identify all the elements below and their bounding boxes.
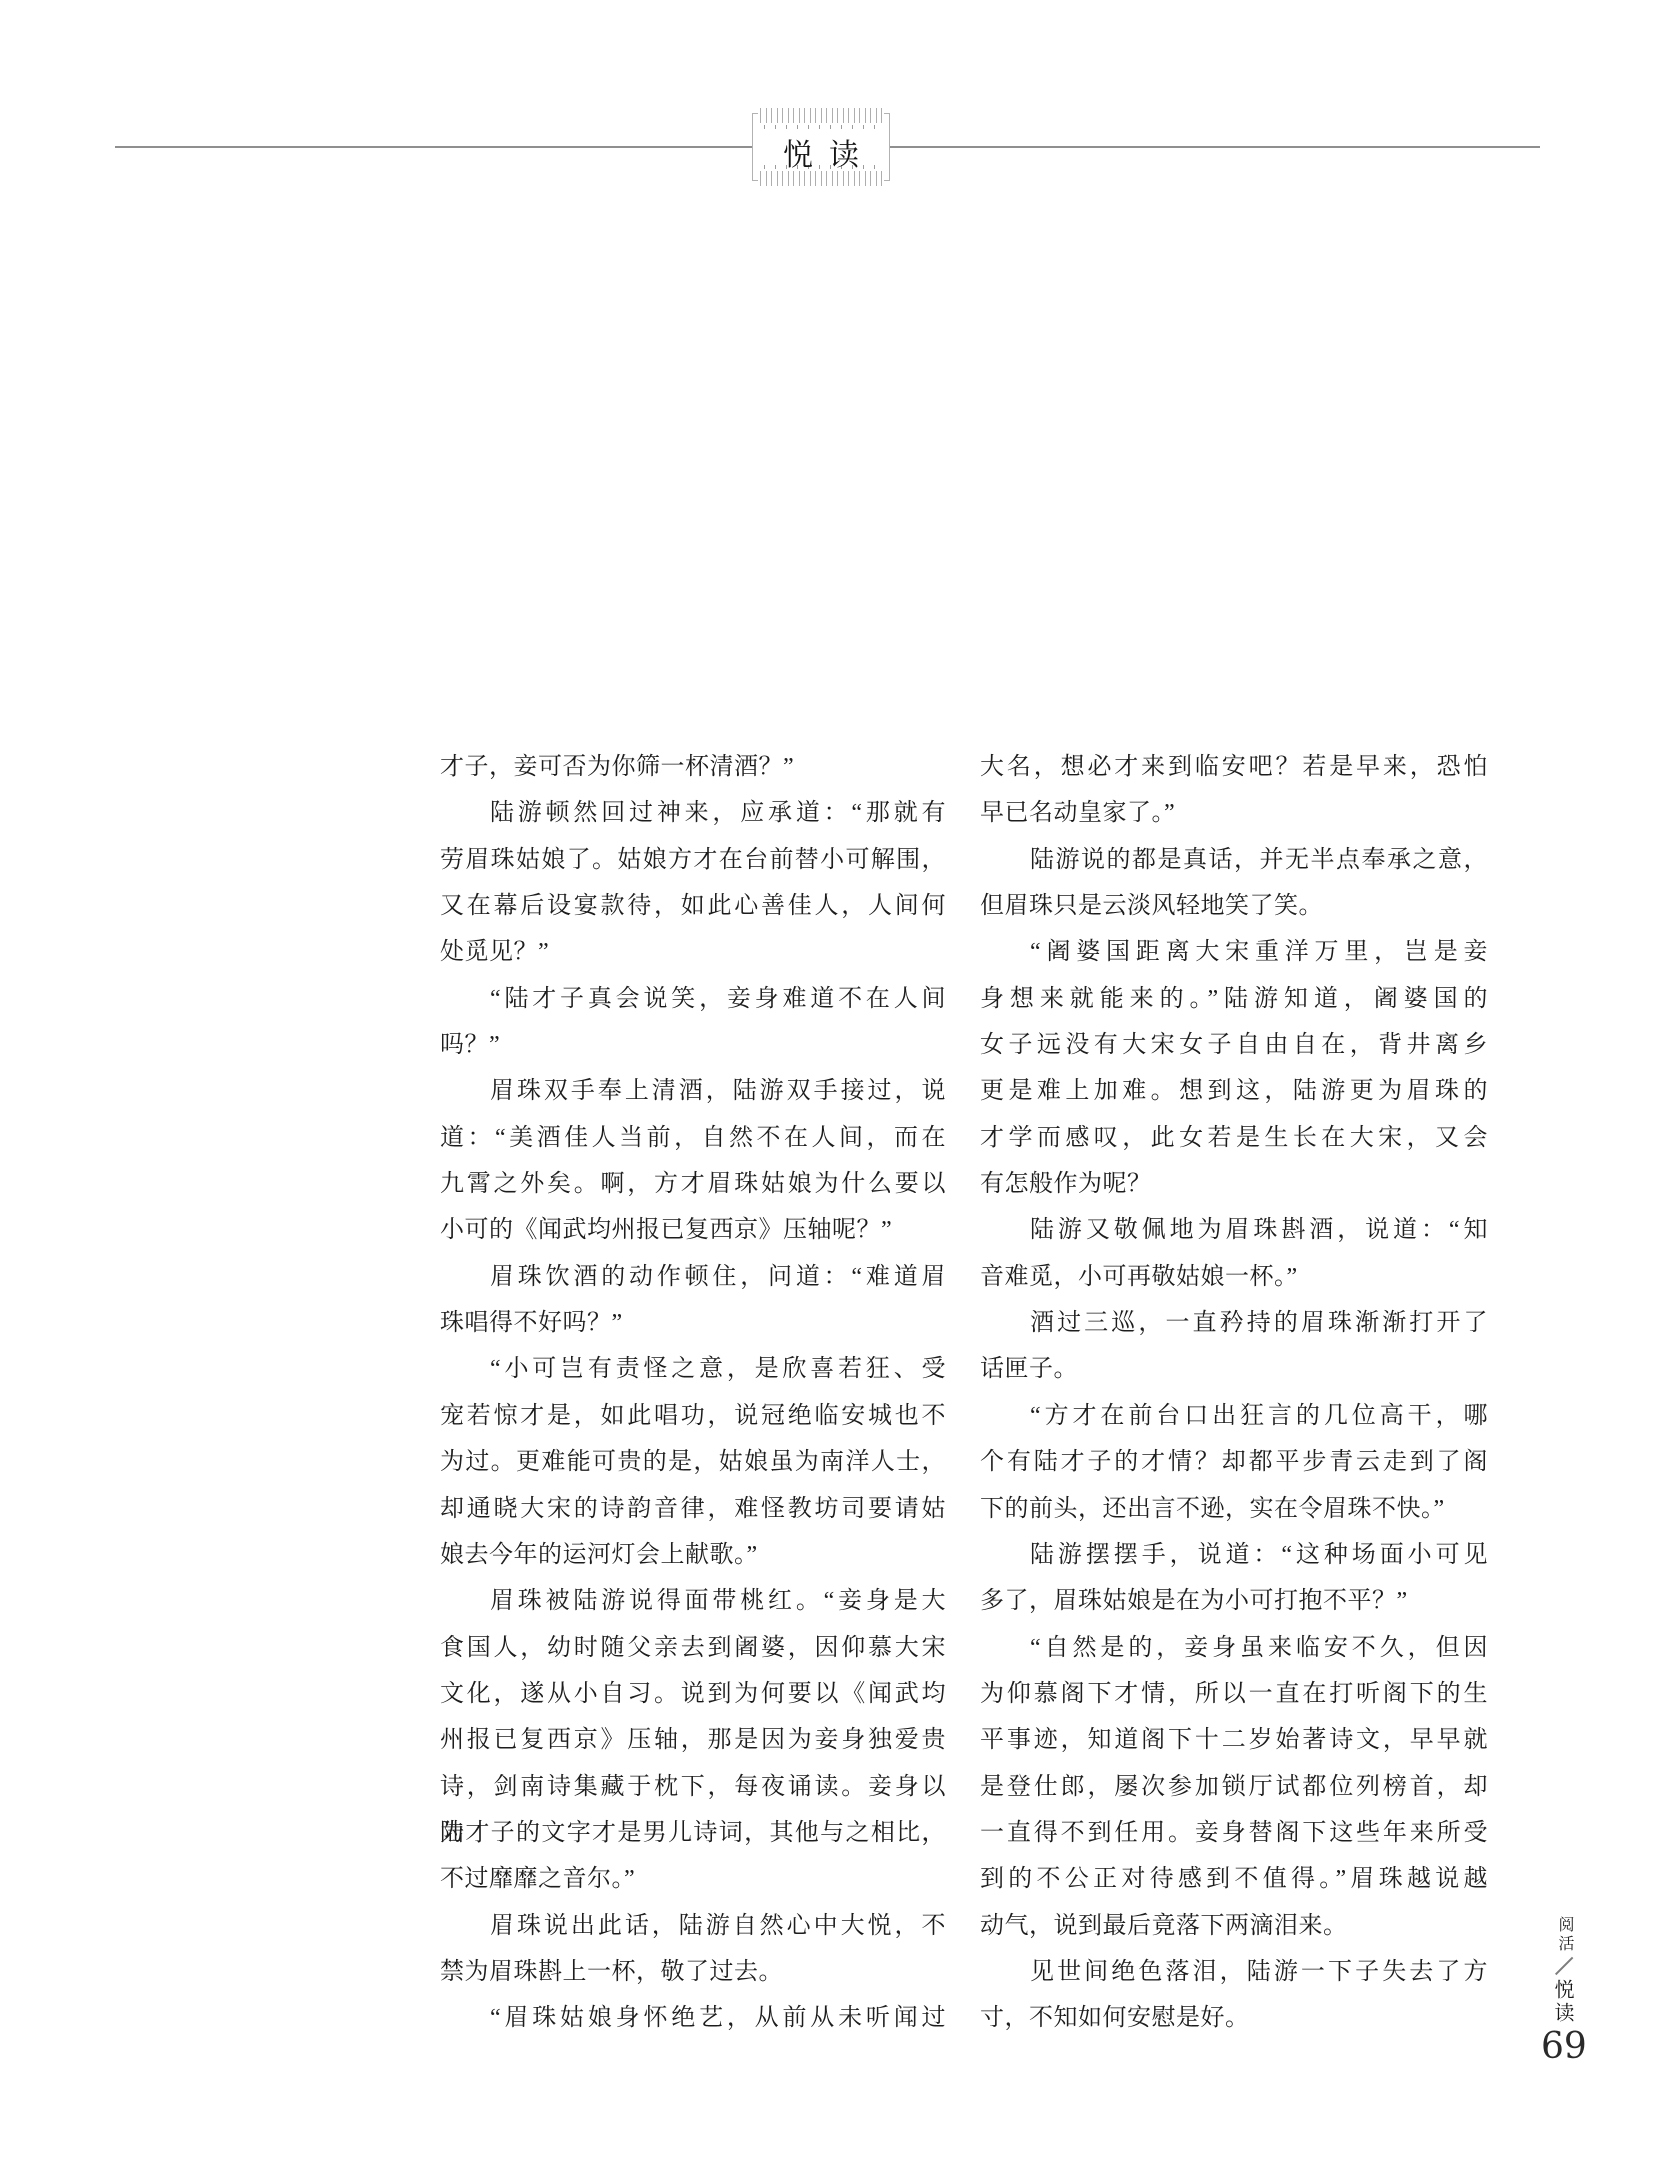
text-line: “陆才子真会说笑，妾身难道不在人间 (440, 976, 946, 1022)
text-line: 眉珠说出此话，陆游自然心中大悦，不 (440, 1903, 946, 1949)
text-line: 为过。更难能可贵的是，姑娘虽为南洋人士， (440, 1439, 946, 1485)
text-line: 眉珠被陆游说得面带桃红。“妾身是大 (440, 1578, 946, 1624)
text-line: 更是难上加难。想到这，陆游更为眉珠的 (980, 1068, 1488, 1114)
text-line: 道：“美酒佳人当前，自然不在人间，而在 (440, 1115, 946, 1161)
text-line: 不过靡靡之音尔。” (440, 1856, 946, 1902)
text-line: 却通晓大宋的诗韵音律，难怪教坊司要请姑 (440, 1486, 946, 1532)
text-line: 宠若惊才是，如此唱功，说冠绝临安城也不 (440, 1393, 946, 1439)
text-line: 诗，剑南诗集藏于枕下，每夜诵读。妾身以为， (440, 1764, 946, 1810)
text-line: 眉珠饮酒的动作顿住，问道：“难道眉 (440, 1254, 946, 1300)
text-line: 女子远没有大宋女子自由自在，背井离乡 (980, 1022, 1488, 1068)
stamp-perforation-top (758, 108, 884, 123)
text-column-left: 才子，妾可否为你筛一杯清酒？”陆游顿然回过神来，应承道：“那就有劳眉珠姑娘了。姑… (440, 744, 946, 2042)
sidebar-category-label: 阅活 (1553, 1916, 1576, 1954)
text-line: 大名，想必才来到临安吧？若是早来，恐怕 (980, 744, 1488, 790)
text-line: 陆游摆摆手，说道：“这种场面小可见 (980, 1532, 1488, 1578)
text-line: 身想来就能来的。”陆游知道，阇婆国的 (980, 976, 1488, 1022)
text-line: 吗？” (440, 1022, 946, 1068)
text-line: 禁为眉珠斟上一杯，敬了过去。 (440, 1949, 946, 1995)
text-line: 陆游又敬佩地为眉珠斟酒，说道：“知 (980, 1207, 1488, 1253)
text-line: 食国人，幼时随父亲去到阇婆，因仰慕大宋 (440, 1625, 946, 1671)
text-line: 动气，说到最后竟落下两滴泪来。 (980, 1903, 1488, 1949)
text-line: 又在幕后设宴款待，如此心善佳人，人间何 (440, 883, 946, 929)
text-line: 陆游顿然回过神来，应承道：“那就有 (440, 790, 946, 836)
text-line: 劳眉珠姑娘了。姑娘方才在台前替小可解围， (440, 837, 946, 883)
text-line: 到的不公正对待感到不值得。”眉珠越说越 (980, 1856, 1488, 1902)
text-line: 陆游说的都是真话，并无半点奉承之意， (980, 837, 1488, 883)
text-line: 个有陆才子的才情？却都平步青云走到了阁 (980, 1439, 1488, 1485)
text-line: “自然是的，妾身虽来临安不久，但因 (980, 1625, 1488, 1671)
page-number: 69 (1541, 2026, 1587, 2067)
text-line: 音难觅，小可再敬姑娘一杯。” (980, 1254, 1488, 1300)
text-line: 早已名动皇家了。” (980, 790, 1488, 836)
magazine-page: 悦读 才子，妾可否为你筛一杯清酒？”陆游顿然回过神来，应承道：“那就有劳眉珠姑娘… (0, 0, 1654, 2165)
text-line: 话匣子。 (980, 1346, 1488, 1392)
text-line: 才学而感叹，此女若是生长在大宋，又会 (980, 1115, 1488, 1161)
text-line: 陆才子的文字才是男儿诗词，其他与之相比， (440, 1810, 946, 1856)
text-line: 多了，眉珠姑娘是在为小可打抱不平？” (980, 1578, 1488, 1624)
text-line: 寸，不知如何安慰是好。 (980, 1995, 1488, 2041)
text-line: 娘去今年的运河灯会上献歌。” (440, 1532, 946, 1578)
text-line: 九霄之外矣。啊，方才眉珠姑娘为什么要以 (440, 1161, 946, 1207)
text-line: 小可的《闻武均州报已复西京》压轴呢？” (440, 1207, 946, 1253)
section-stamp-label: 悦读 (753, 124, 889, 180)
text-line: 珠唱得不好吗？” (440, 1300, 946, 1346)
text-line: 平事迹，知道阁下十二岁始著诗文，早早就 (980, 1717, 1488, 1763)
text-line: 有怎般作为呢？ (980, 1161, 1488, 1207)
text-line: 但眉珠只是云淡风轻地笑了笑。 (980, 883, 1488, 929)
text-line: 一直得不到任用。妾身替阁下这些年来所受 (980, 1810, 1488, 1856)
text-line: 为仰慕阁下才情，所以一直在打听阁下的生 (980, 1671, 1488, 1717)
text-line: 下的前头，还出言不逊，实在令眉珠不快。” (980, 1486, 1488, 1532)
sidebar-slash-divider (1555, 1957, 1573, 1975)
text-line: 见世间绝色落泪，陆游一下子失去了方 (980, 1949, 1488, 1995)
text-line: “眉珠姑娘身怀绝艺，从前从未听闻过 (440, 1995, 946, 2041)
sidebar-section-label: 悦读 (1548, 1979, 1577, 2025)
text-line: 是登仕郎，屡次参加锁厅试都位列榜首，却 (980, 1764, 1488, 1810)
text-line: 处觅见？” (440, 929, 946, 975)
text-line: 眉珠双手奉上清酒，陆游双手接过，说 (440, 1068, 946, 1114)
text-column-right: 大名，想必才来到临安吧？若是早来，恐怕早已名动皇家了。”陆游说的都是真话，并无半… (980, 744, 1488, 2042)
text-line: 才子，妾可否为你筛一杯清酒？” (440, 744, 946, 790)
text-line: “阇婆国距离大宋重洋万里，岂是妾 (980, 929, 1488, 975)
section-stamp: 悦读 (752, 113, 890, 181)
text-line: “方才在前台口出狂言的几位高干，哪 (980, 1393, 1488, 1439)
text-line: 酒过三巡，一直矜持的眉珠渐渐打开了 (980, 1300, 1488, 1346)
text-line: 州报已复西京》压轴，那是因为妾身独爱贵 (440, 1717, 946, 1763)
text-line: 文化，遂从小自习。说到为何要以《闻武均 (440, 1671, 946, 1717)
text-line: “小可岂有责怪之意，是欣喜若狂、受 (440, 1346, 946, 1392)
